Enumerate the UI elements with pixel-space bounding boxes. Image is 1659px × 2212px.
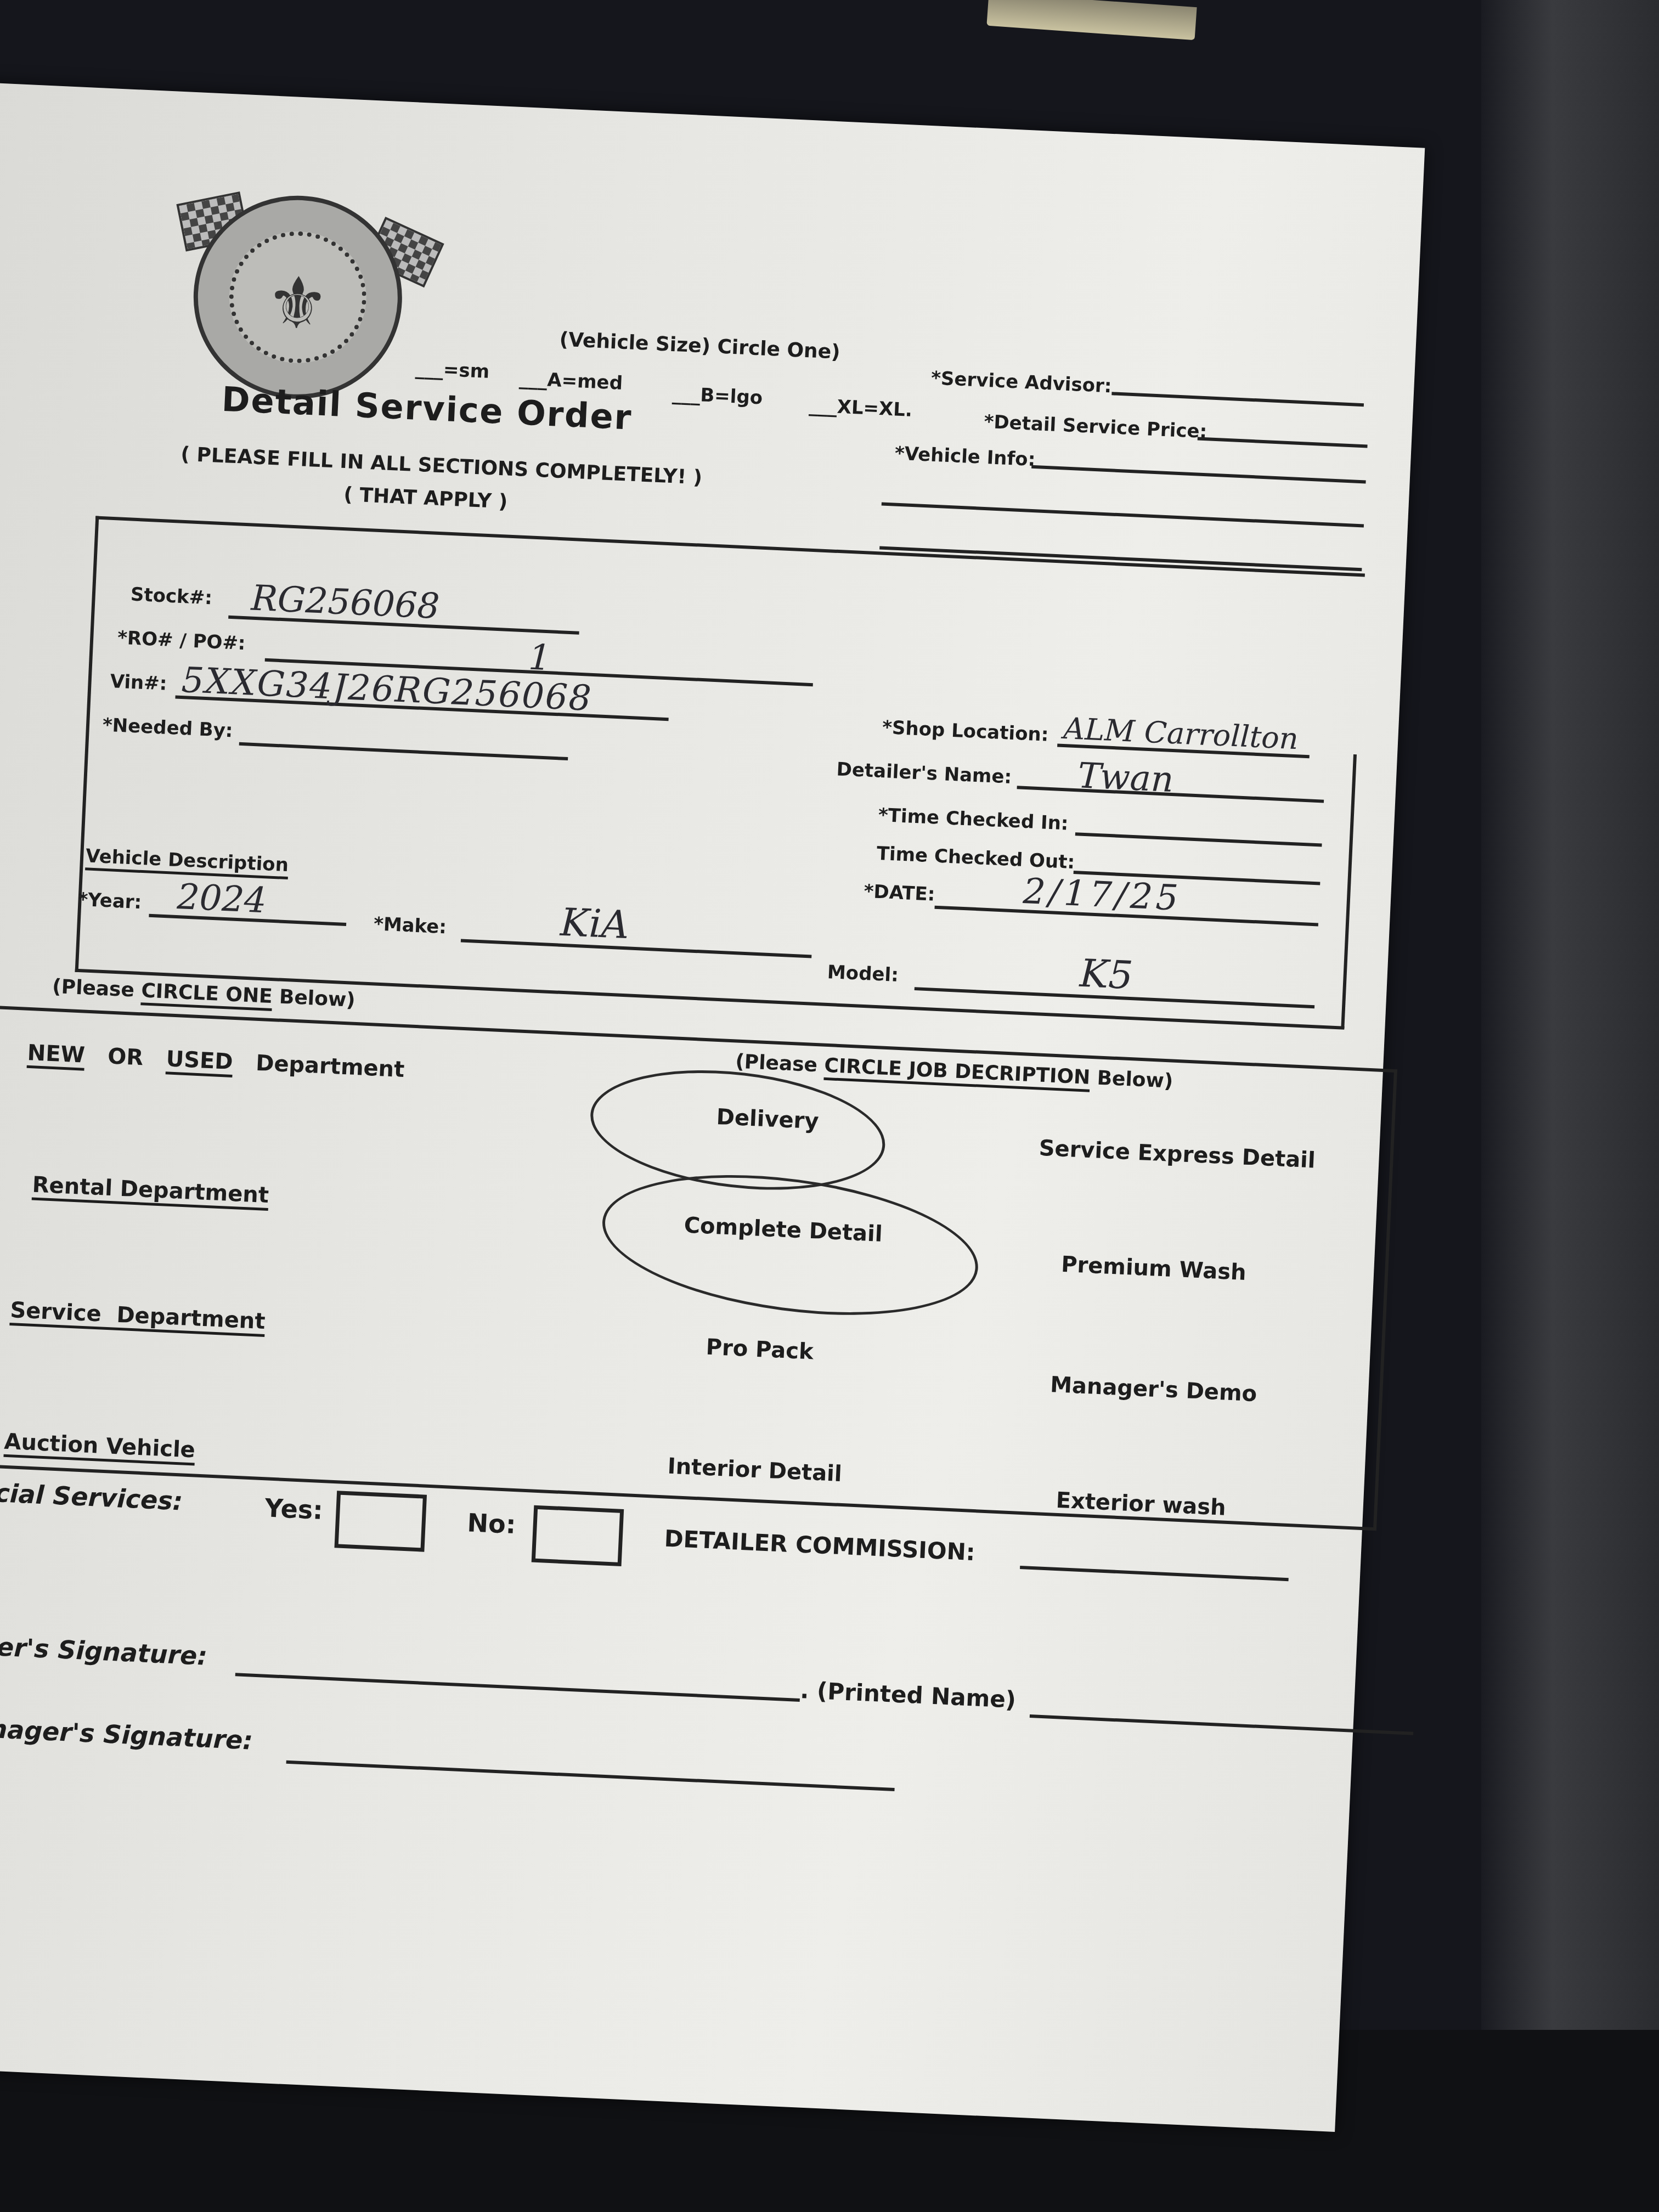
- stock-label: Stock#:: [130, 584, 213, 610]
- vehicle-size-label: (Vehicle Size) Circle One): [559, 329, 841, 364]
- detailer-commission-field[interactable]: [1020, 1566, 1289, 1581]
- job-option-pro-pack[interactable]: Pro Pack: [706, 1335, 814, 1365]
- background-seat: [1481, 0, 1659, 2212]
- detail-service-price-label: *Detail Service Price:: [984, 411, 1207, 443]
- vin-label: Vin#:: [110, 670, 167, 695]
- no-label: No:: [467, 1508, 517, 1539]
- detail-service-price-field[interactable]: [1198, 437, 1368, 448]
- date-value: 2/17/25: [1022, 871, 1182, 919]
- detail-service-order-form: ⚜ (Vehicle Size) Circle One) ___=sm ___A…: [0, 82, 1425, 2132]
- yes-label: Yes:: [264, 1493, 323, 1525]
- service-advisor-label: *Service Advisor:: [930, 367, 1112, 397]
- stock-value: RG256068: [250, 578, 441, 628]
- special-services-label: Special Services:: [0, 1476, 183, 1516]
- detail-manager-signature-field[interactable]: [286, 1760, 895, 1791]
- make-label: *Make:: [373, 913, 447, 938]
- manager-signature-label: Manager's Signature:: [0, 1628, 208, 1671]
- ro-po-value: 1: [528, 637, 552, 679]
- model-label: Model:: [827, 961, 899, 986]
- make-value: KiA: [560, 900, 630, 948]
- vehicle-info-label: *Vehicle Info:: [894, 443, 1036, 471]
- service-advisor-field[interactable]: [1111, 392, 1364, 407]
- manager-signature-field[interactable]: [235, 1673, 800, 1702]
- fleur-de-lis-icon: ⚜: [180, 256, 414, 350]
- special-services-no-checkbox[interactable]: [532, 1505, 624, 1566]
- size-option-lg[interactable]: ___B=lgo: [672, 383, 763, 409]
- year-value: 2024: [176, 877, 267, 921]
- instruction-that-apply: ( THAT APPLY ): [343, 483, 508, 513]
- printed-name-label: . (Printed Name): [799, 1677, 1017, 1713]
- size-option-xl[interactable]: ___XL=XL.: [809, 394, 913, 421]
- detailer-name-value: Twan: [1077, 755, 1175, 800]
- vehicle-info-field-2[interactable]: [882, 502, 1364, 527]
- fleur-de-lis-crest-icon: ⚜: [178, 174, 419, 415]
- clipboard-clip: [986, 0, 1197, 40]
- special-services-yes-checkbox[interactable]: [334, 1491, 427, 1551]
- detailer-commission-label: DETAILER COMMISSION:: [664, 1525, 976, 1566]
- detail-manager-signature-label: Detail Manager's Signature:: [0, 1708, 253, 1756]
- model-value: K5: [1079, 951, 1134, 998]
- size-option-sm[interactable]: ___=sm: [415, 358, 490, 383]
- instruction-fill-all: ( PLEASE FILL IN ALL SECTIONS COMPLETELY…: [180, 443, 703, 489]
- size-option-med[interactable]: ___A=med: [519, 368, 623, 394]
- year-label: *Year:: [78, 889, 142, 913]
- vehicle-info-field[interactable]: [1031, 465, 1366, 484]
- date-label: *DATE:: [864, 881, 935, 906]
- printed-name-field[interactable]: [1030, 1714, 1414, 1735]
